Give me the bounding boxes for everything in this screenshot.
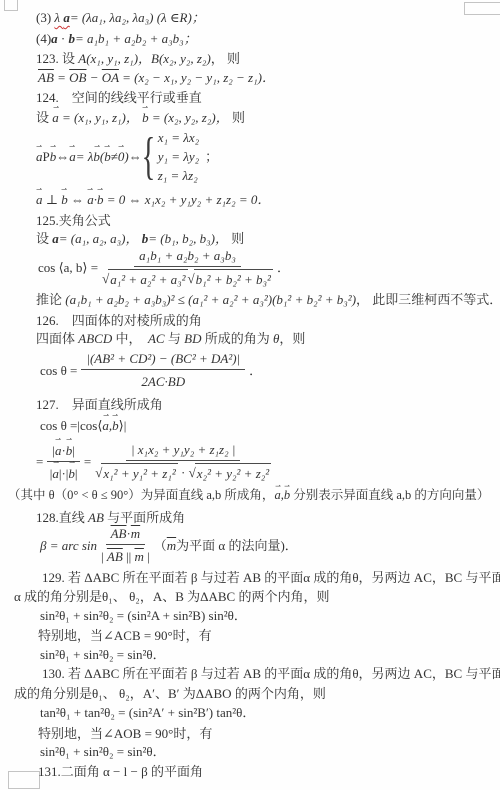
radical: x₁² + y₁² + z₁² (95, 463, 178, 483)
skew-lines-note: （其中 θ（0° < θ ≤ 90°）为异面直线 a,b 所成角，a,b 分别表… (8, 486, 489, 505)
item-123: 123. 设 A(x₁, y₁, z₁)，B(x₂, y₂, z₂)， 则 (36, 49, 240, 68)
vector-b: b (142, 108, 149, 127)
item-126-heading: 126. 四面体的对棱所成的角 (36, 311, 202, 330)
perpendicular-condition-formula: a ⊥ b ⇔ a·b = 0 ⇔ x₁x₂ + y₁y₂ + z₁z₂ = 0… (36, 190, 270, 209)
vector-a: a (274, 486, 280, 505)
vector-a: a (69, 147, 76, 166)
vector-b: b (68, 464, 75, 483)
vector-a: a (52, 108, 59, 127)
corollary-cauchy: 推论 (a₁b₁ + a₂b₂ + a₃b₃)² ≤ (a₁² + a₂² + … (36, 290, 500, 309)
vector-a: a (87, 190, 94, 209)
parallel-condition-formula: aPb ⇔ a = λb(b ≠ 0) ⇔ { x₁ = λx₂ y₁ = λy… (36, 128, 218, 185)
vector-a: a (102, 416, 109, 435)
fraction: |(AB² + CD²) − (BC² + DA²)| 2AC·BD (81, 349, 245, 391)
item-131-heading: 131.二面角 α − l − β 的平面角 (38, 762, 203, 781)
vector-b: b (93, 147, 100, 166)
fraction: AB·m | AB || m | (101, 524, 150, 566)
formula-vector-ab: AB = OB − OA = (x₂ − x₁, y₂ − y₁, z₂ − z… (38, 68, 275, 87)
item-129-paragraph-line2: α 成的角分别是θ₁、 θ₂，A、B 为ΔABC 的两个内角，则 (14, 587, 329, 606)
item-129-formula: sin²θ₁ + sin²θ₂ = (sin²A + sin²B) sin²θ． (40, 606, 247, 625)
corner-mark-bottom-left (8, 771, 40, 789)
radical: x₂² + y₂² + z₂² (189, 463, 272, 483)
tetrahedron-angle-formula: cos θ = |(AB² + CD²) − (BC² + DA²)| 2AC·… (40, 349, 262, 391)
item-130-paragraph-line1: 130. 若 ΔABC 所在平面若 β 与过若 AB 的平面α 成的角θ，另两边… (42, 664, 500, 683)
vector-b: b (284, 486, 290, 505)
vector-a: a (36, 190, 43, 209)
corner-mark-top-right (464, 2, 500, 15)
cosine-angle-formula: cos ⟨a, b⟩ = a₁b₁ + a₂b₂ + a₃b₃ a₁² + a₂… (38, 246, 290, 289)
left-brace: { (141, 132, 155, 181)
formula-line-4: (4)a · b= a₁b₁ + a₂b₂ + a₃b₃； (36, 29, 197, 48)
vector-b: b (50, 147, 57, 166)
fraction: |a·b| |a|·|b| (47, 441, 80, 483)
item-129-paragraph-line1: 129. 若 ΔABC 所在平面若 β 与过若 AB 的平面α 成的角θ，另两边… (42, 568, 500, 587)
line-plane-angle-formula: β = arc sin AB·m | AB || m | （m 为平面 α 的法… (40, 524, 298, 566)
radical: b₁² + b₂² + b₃² (188, 269, 273, 289)
vector-b: b (61, 190, 68, 209)
item-130-special-case: 特别地，当∠AOB = 90°时，有 (38, 724, 212, 743)
radical: a₁² + a₂² + a₃² (102, 269, 187, 289)
item-129-special-formula: sin²θ₁ + sin²θ₂ = sin²θ． (40, 645, 166, 664)
item-126-setup: 四面体 ABCD 中， AC 与 BD 所成的角为 θ，则 (36, 329, 305, 348)
item-130-formula: tan²θ₁ + tan²θ₂ = (sin²A′ + sin²B′) tan²… (40, 703, 255, 722)
item-127-heading: 127. 异面直线所成角 (36, 395, 163, 414)
vector-b: b (97, 190, 104, 209)
vector-a: a (52, 464, 59, 483)
item-130-special-formula: sin²θ₁ + sin²θ₂ = sin²θ． (40, 742, 166, 761)
vector-b: b (66, 441, 73, 460)
vector-a: a (55, 441, 62, 460)
spellcheck-underline: λ a (54, 10, 69, 25)
item-124-setup: 设 a = (x₁, y₁, z₁)， b = (x₂, y₂, z₂)， 则 (36, 108, 245, 127)
fraction: a₁b₁ + a₂b₂ + a₃b₃ a₁² + a₂² + a₃²b₁² + … (102, 246, 273, 289)
vector-a: a (36, 147, 43, 166)
skew-lines-cos-formula: cos θ =|cos⟨a,b⟩| (40, 416, 126, 435)
vector-b: b (112, 416, 119, 435)
vector-b: b (104, 147, 111, 166)
item-124-heading: 124. 空间的线线平行或垂直 (36, 88, 202, 107)
item-129-special-case: 特别地，当∠ACB = 90°时，有 (38, 626, 212, 645)
fraction: | x₁x₂ + y₁y₂ + z₁z₂ | x₁² + y₁² + z₁² ·… (95, 440, 271, 483)
vector-zero: 0 (118, 147, 125, 166)
system-of-equations: { x₁ = λx₂ y₁ = λy₂ z₁ = λz₂ ； (142, 128, 218, 185)
corner-mark-top-left (4, 0, 18, 11)
item-125-heading: 125.夹角公式 (36, 211, 111, 230)
formula-line-3: (3) λ a= (λa₁, λa₂, λa₃) (λ ∈R)； (36, 8, 205, 27)
item-130-paragraph-line2: 成的角分别是θ₁、 θ₂，A′、B′ 为ΔABO 的两个内角，则 (14, 684, 326, 703)
scanned-math-document-page: (3) λ a= (λa₁, λa₂, λa₃) (λ ∈R)； (4)a · … (0, 0, 500, 790)
skew-lines-expanded-formula: = |a·b| |a|·|b| = | x₁x₂ + y₁y₂ + z₁z₂ |… (36, 440, 275, 483)
